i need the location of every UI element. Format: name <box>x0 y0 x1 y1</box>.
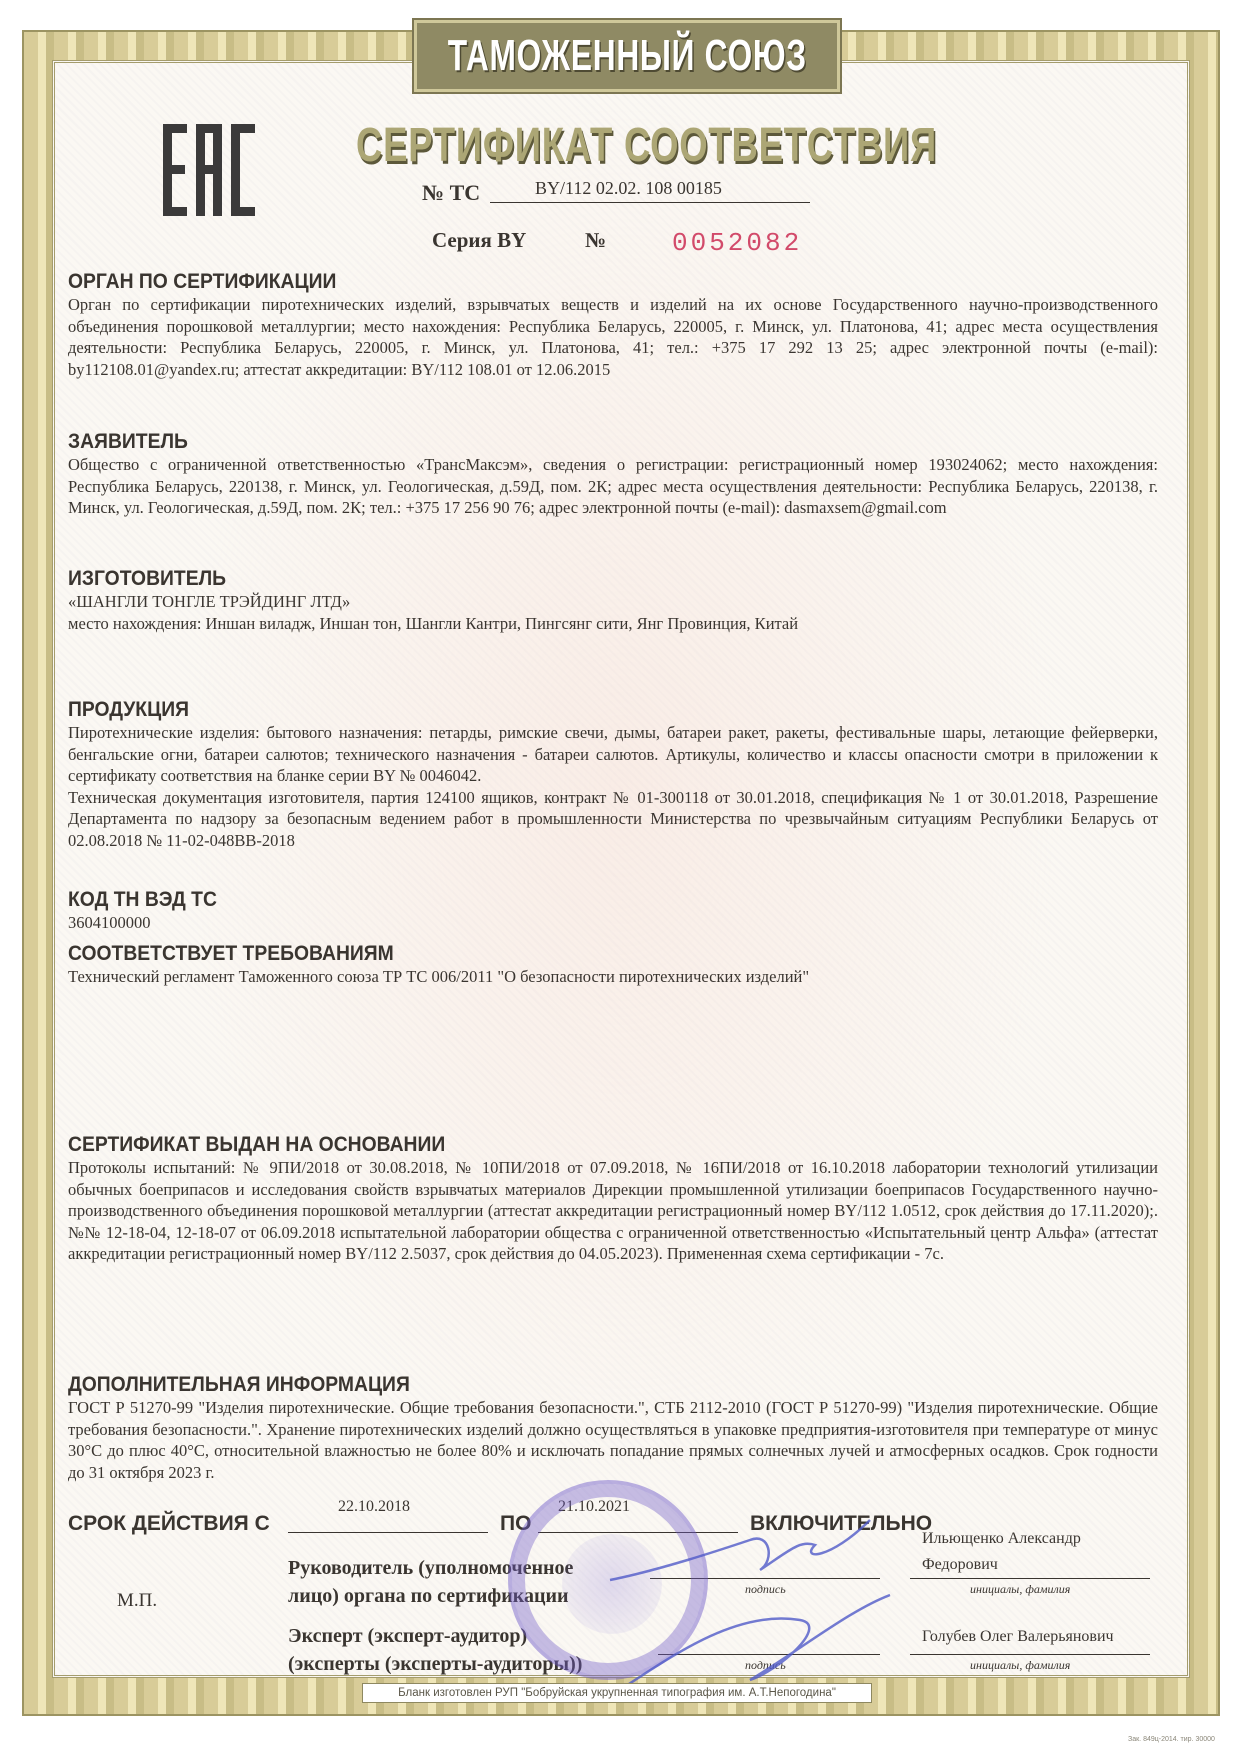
print-run: Зак. 849ц-2014. тир. 30000 <box>1128 1736 1215 1743</box>
expert-name: Голубев Олег Валерьянович <box>922 1624 1114 1650</box>
head-role: Руководитель (уполномоченное лицо) орган… <box>288 1554 573 1610</box>
section-hs-code: КОД ТН ВЭД ТС 3604100000 <box>68 888 1158 934</box>
head-name-line1: Ильющенко Александр <box>922 1526 1081 1552</box>
section-heading: ДОПОЛНИТЕЛЬНАЯ ИНФОРМАЦИЯ <box>68 1373 1071 1397</box>
tc-label: № ТС <box>422 180 480 206</box>
expert-role: Эксперт (эксперт-аудитор) (эксперты (экс… <box>288 1622 582 1678</box>
section-text: Орган по сертификации пиротехнических из… <box>68 294 1158 380</box>
section-heading: ЗАЯВИТЕЛЬ <box>68 430 1071 454</box>
section-manufacturer: ИЗГОТОВИТЕЛЬ «ШАНГЛИ ТОНГЛЕ ТРЭЙДИНГ ЛТД… <box>68 567 1158 634</box>
validity-inclusive-label: ВКЛЮЧИТЕЛЬНО <box>750 1512 932 1536</box>
series-label: Серия BY <box>432 228 526 253</box>
tc-underline <box>490 202 810 203</box>
section-heading: КОД ТН ВЭД ТС <box>68 888 1071 912</box>
head-signature-caption: подпись <box>745 1582 786 1597</box>
head-role-line1: Руководитель (уполномоченное <box>288 1554 573 1582</box>
number-label: № <box>585 228 606 253</box>
section-additional-info: ДОПОЛНИТЕЛЬНАЯ ИНФОРМАЦИЯ ГОСТ Р 51270-9… <box>68 1373 1158 1483</box>
head-name-line <box>910 1578 1150 1579</box>
expert-name-caption: инициалы, фамилия <box>970 1658 1070 1673</box>
validity-to-label: ПО <box>500 1512 531 1536</box>
expert-signature-caption: подпись <box>745 1658 786 1673</box>
customs-union-title: ТАМОЖЕННЫЙ СОЮЗ <box>447 31 806 81</box>
expert-role-line2: (эксперты (эксперты-аудиторы)) <box>288 1650 582 1678</box>
section-basis: СЕРТИФИКАТ ВЫДАН НА ОСНОВАНИИ Протоколы … <box>68 1133 1158 1265</box>
section-heading: ОРГАН ПО СЕРТИФИКАЦИИ <box>68 270 1071 294</box>
validity-from-label: СРОК ДЕЙСТВИЯ С <box>68 1512 270 1536</box>
expert-role-line1: Эксперт (эксперт-аудитор) <box>288 1622 582 1650</box>
series-number: 0052082 <box>672 228 802 258</box>
seal-place-label: М.П. <box>117 1590 157 1612</box>
validity-from-line <box>288 1532 488 1533</box>
validity-from-date: 22.10.2018 <box>338 1498 410 1516</box>
validity-to-date: 21.10.2021 <box>558 1498 630 1516</box>
section-heading: ИЗГОТОВИТЕЛЬ <box>68 567 1071 591</box>
section-heading: ПРОДУКЦИЯ <box>68 698 1071 722</box>
printer-note: Бланк изготовлен РУП "Бобруйская укрупне… <box>362 1683 872 1703</box>
manufacturer-address: место нахождения: Иншан виладж, Иншан то… <box>68 613 1158 635</box>
products-documentation: Техническая документация изготовителя, п… <box>68 787 1158 852</box>
section-heading: СЕРТИФИКАТ ВЫДАН НА ОСНОВАНИИ <box>68 1133 1071 1157</box>
head-signature-line <box>650 1578 880 1579</box>
customs-union-badge: ТАМОЖЕННЫЙ СОЮЗ <box>414 20 840 92</box>
basis-text: Протоколы испытаний: № 9ПИ/2018 от 30.08… <box>68 1157 1158 1265</box>
head-name-caption: инициалы, фамилия <box>970 1582 1070 1597</box>
document-title: СЕРТИФИКАТ СООТВЕТСТВИЯ <box>356 118 766 173</box>
head-role-line2: лицо) органа по сертификации <box>288 1582 573 1610</box>
expert-signature-line <box>658 1654 880 1655</box>
additional-text: ГОСТ Р 51270-99 "Изделия пиротехнические… <box>68 1397 1158 1483</box>
eac-logo-icon <box>163 124 255 216</box>
manufacturer-name: «ШАНГЛИ ТОНГЛЕ ТРЭЙДИНГ ЛТД» <box>68 591 1158 613</box>
section-certification-body: ОРГАН ПО СЕРТИФИКАЦИИ Орган по сертифика… <box>68 270 1158 380</box>
requirements-text: Технический регламент Таможенного союза … <box>68 966 1158 988</box>
expert-name-line <box>910 1654 1150 1655</box>
section-applicant: ЗАЯВИТЕЛЬ Общество с ограниченной ответс… <box>68 430 1158 519</box>
head-name: Ильющенко Александр Федорович <box>922 1526 1081 1578</box>
section-requirements: СООТВЕТСТВУЕТ ТРЕБОВАНИЯМ Технический ре… <box>68 942 1158 988</box>
tc-number: BY/112 02.02. 108 00185 <box>535 178 722 199</box>
hs-code-value: 3604100000 <box>68 912 1158 934</box>
validity-to-line <box>538 1532 738 1533</box>
products-text: Пиротехнические изделия: бытового назнач… <box>68 722 1158 787</box>
head-name-line2: Федорович <box>922 1552 1081 1578</box>
section-heading: СООТВЕТСТВУЕТ ТРЕБОВАНИЯМ <box>68 942 1071 966</box>
section-products: ПРОДУКЦИЯ Пиротехнические изделия: бытов… <box>68 698 1158 851</box>
section-text: Общество с ограниченной ответственностью… <box>68 454 1158 519</box>
